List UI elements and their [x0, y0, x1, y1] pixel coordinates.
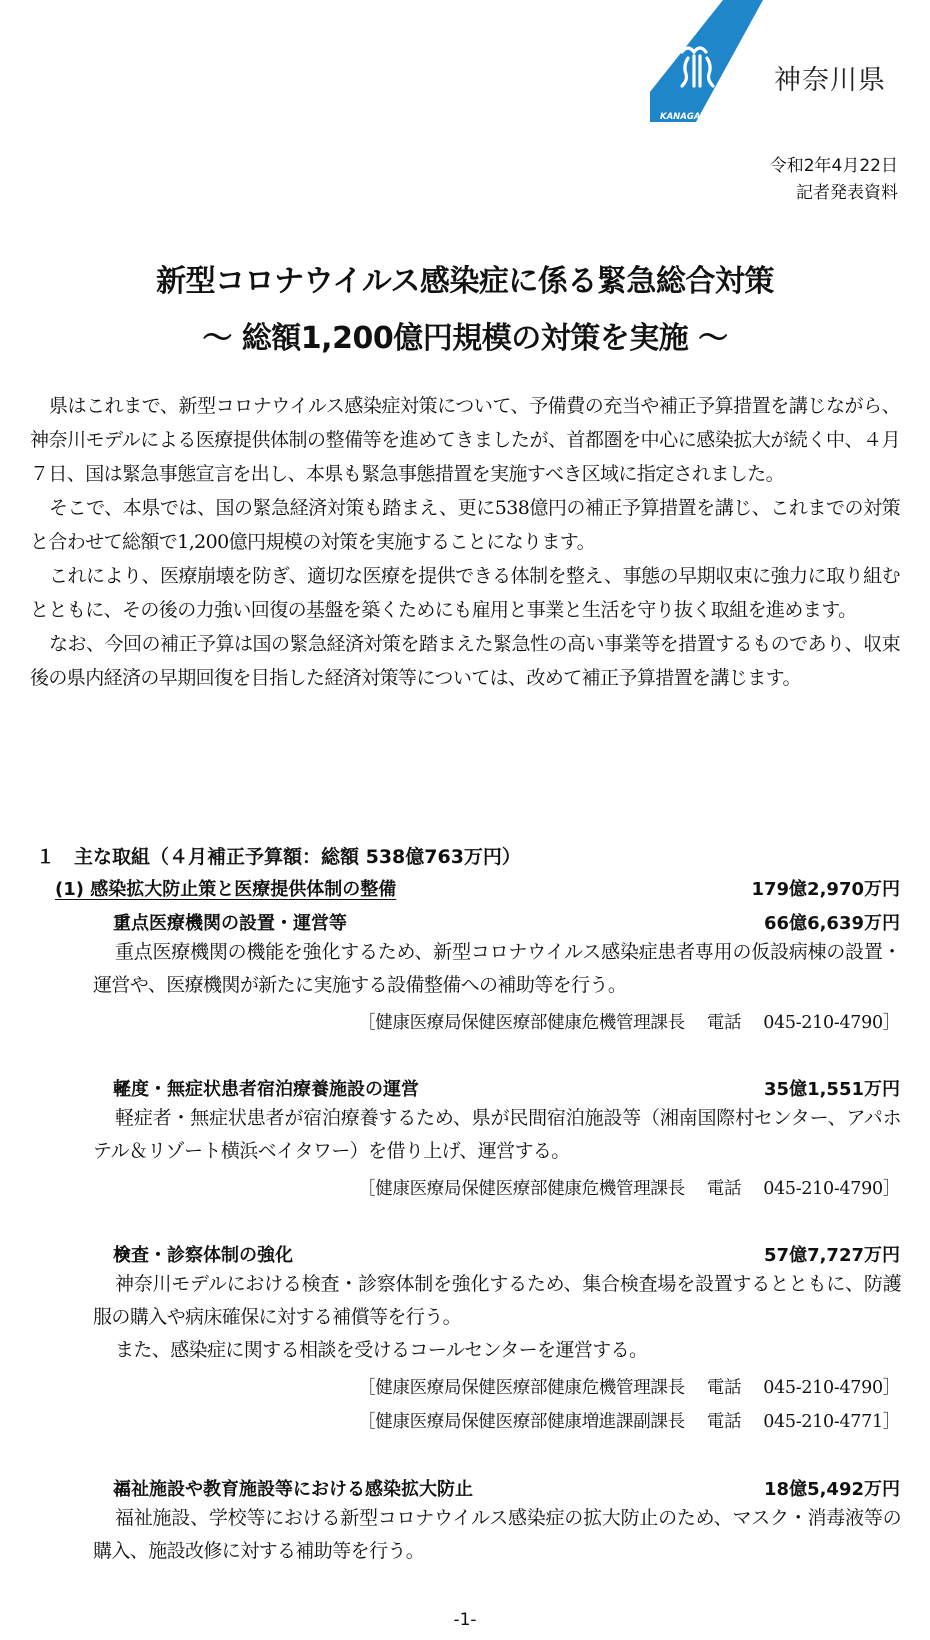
item-amount: 35億1,551万円	[764, 1075, 900, 1101]
subsection-amount: 179億2,970万円	[751, 875, 900, 901]
intro-text: 県はこれまで、新型コロナウイルス感染症対策について、予備費の充当や補正予算措置を…	[30, 389, 900, 695]
document-type: 記者発表資料	[770, 180, 898, 207]
contact-dept: ［健康医療局保健医療部健康危機管理課長	[358, 1378, 685, 1398]
item-title: 検査・診察体制の強化	[113, 1241, 293, 1267]
date-block: 令和2年4月22日 記者発表資料	[770, 153, 898, 207]
intro-paragraph: なお、今回の補正予算は国の緊急経済対策を踏まえた緊急性の高い事業等を措置するもの…	[30, 627, 900, 695]
item-body-paragraph: 重点医療機関の機能を強化するため、新型コロナウイルス感染症患者専用の仮設病棟の設…	[93, 936, 901, 1002]
section-heading: １主な取組（４月補正予算額：総額 538億763万円）	[36, 842, 521, 869]
intro-paragraph: 県はこれまで、新型コロナウイルス感染症対策について、予備費の充当や補正予算措置を…	[30, 389, 900, 491]
item-body: 福祉施設、学校等における新型コロナウイルス感染症の拡大防止のため、マスク・消毒液…	[93, 1502, 901, 1568]
kanagawa-emblem-icon: KANAGAWA	[650, 0, 775, 128]
item-body-paragraph: 福祉施設、学校等における新型コロナウイルス感染症の拡大防止のため、マスク・消毒液…	[93, 1502, 901, 1568]
logo-name: 神奈川県	[774, 58, 886, 97]
item-body-paragraph: 軽症者・無症状患者が宿泊療養するため、県が民間宿泊施設等（湘南国際村センター、ア…	[93, 1102, 901, 1168]
contact-tel-label: 電話	[707, 1179, 741, 1199]
item-heading: ウ 検査・診察体制の強化 57億7,727万円	[0, 1241, 930, 1269]
contact-tel-label: 電話	[707, 1412, 741, 1432]
contact-line: ［健康医療局保健医療部健康増進課副課長電話045-210-4771］	[358, 1408, 900, 1433]
item-heading: ア 重点医療機関の設置・運営等 66億6,639万円	[0, 909, 930, 937]
item-body: 重点医療機関の機能を強化するため、新型コロナウイルス感染症患者専用の仮設病棟の設…	[93, 936, 901, 1002]
release-date: 令和2年4月22日	[770, 153, 898, 180]
subsection-title: (1) 感染拡大防止策と医療提供体制の整備	[55, 875, 396, 901]
subsection-heading: (1) 感染拡大防止策と医療提供体制の整備 179億2,970万円	[0, 875, 930, 903]
item-amount: 66億6,639万円	[764, 909, 900, 935]
item-body-paragraph: 神奈川モデルにおける検査・診察体制を強化するため、集合検査場を設置するとともに、…	[93, 1268, 901, 1334]
contact-line: ［健康医療局保健医療部健康危機管理課長電話045-210-4790］	[358, 1175, 900, 1200]
contact-dept: ［健康医療局保健医療部健康危機管理課長	[358, 1179, 685, 1199]
section-number: １	[36, 842, 74, 869]
page-subtitle: ～ 総額1,200億円規模の対策を実施 ～	[0, 313, 930, 357]
item-body: 神奈川モデルにおける検査・診察体制を強化するため、集合検査場を設置するとともに、…	[93, 1268, 901, 1367]
contact-tel: 045-210-4790］	[763, 1179, 900, 1199]
contact-tel-label: 電話	[707, 1378, 741, 1398]
contact-dept: ［健康医療局保健医療部健康増進課副課長	[358, 1412, 685, 1432]
item-title: 軽度・無症状患者宿泊療養施設の運営	[113, 1075, 419, 1101]
contact-line: ［健康医療局保健医療部健康危機管理課長電話045-210-4790］	[358, 1009, 900, 1034]
contact-tel: 045-210-4771］	[763, 1412, 900, 1432]
intro-paragraph: これにより、医療崩壊を防ぎ、適切な医療を提供できる体制を整え、事態の早期収束に強…	[30, 559, 900, 627]
item-amount: 18億5,492万円	[764, 1475, 900, 1501]
item-title: 福祉施設や教育施設等における感染拡大防止	[113, 1475, 473, 1501]
item-title: 重点医療機関の設置・運営等	[113, 909, 347, 935]
item-amount: 57億7,727万円	[764, 1241, 900, 1267]
item-body: 軽症者・無症状患者が宿泊療養するため、県が民間宿泊施設等（湘南国際村センター、ア…	[93, 1102, 901, 1168]
page-title: 新型コロナウイルス感染症に係る緊急総合対策	[0, 256, 930, 300]
kanagawa-logo: KANAGAWA 神奈川県	[650, 0, 900, 128]
page-number: -1-	[0, 1610, 930, 1630]
item-heading: イ 軽度・無症状患者宿泊療養施設の運営 35億1,551万円	[0, 1075, 930, 1103]
intro-paragraph: そこで、本県では、国の緊急経済対策も踏まえ、更に538億円の補正予算措置を講じ、…	[30, 491, 900, 559]
section-title: 主な取組（４月補正予算額：総額 538億763万円）	[74, 846, 521, 868]
item-body-paragraph: また、感染症に関する相談を受けるコールセンターを運営する。	[93, 1334, 901, 1367]
contact-tel: 045-210-4790］	[763, 1013, 900, 1033]
contact-tel: 045-210-4790］	[763, 1378, 900, 1398]
contact-line: ［健康医療局保健医療部健康危機管理課長電話045-210-4790］	[358, 1374, 900, 1399]
item-heading: エ 福祉施設や教育施設等における感染拡大防止 18億5,492万円	[0, 1475, 930, 1503]
contact-tel-label: 電話	[707, 1013, 741, 1033]
contact-dept: ［健康医療局保健医療部健康危機管理課長	[358, 1013, 685, 1033]
svg-text:KANAGAWA: KANAGAWA	[660, 112, 716, 122]
